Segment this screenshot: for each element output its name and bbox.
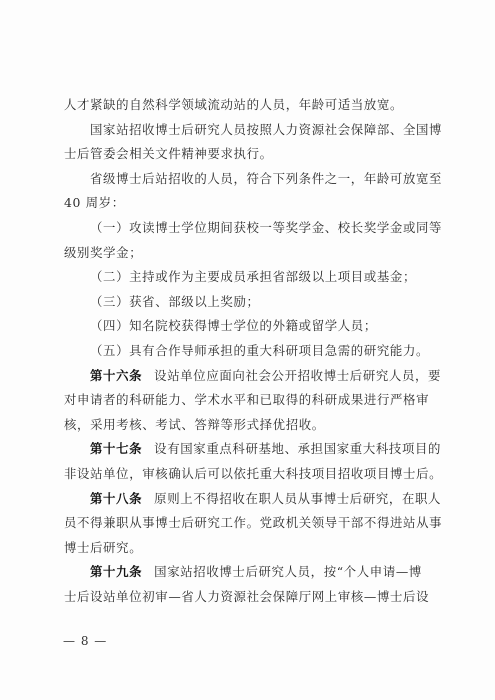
text-line: 非设站单位，审核确认后可以依托重大科技项目招收项目博士后。 — [64, 462, 432, 487]
article-text: 设站单位应面向社会公开招收博士后研究人员，要 — [154, 368, 441, 383]
list-item-1: （一）攻读博士学位期间获校一等奖学金、校长奖学金或同等 — [64, 216, 432, 241]
list-item-2: （二）主持或作为主要成员承担省部级以上项目或基金； — [64, 265, 432, 290]
article-text: 原则上不得招收在职人员从事博士后研究，在职人 — [154, 491, 441, 506]
article-heading: 第十六条 — [90, 368, 142, 383]
article-text: 设有国家重点科研基地、承担国家重大科技项目的 — [154, 441, 441, 456]
article-heading: 第十七条 — [90, 441, 142, 456]
list-item-4: （四）知名院校获得博士学位的外籍或留学人员； — [64, 314, 432, 339]
text-line: 博士后研究。 — [64, 536, 432, 561]
article-19: 第十九条国家站招收博士后研究人员，按“个人申请—博 — [64, 560, 432, 585]
page-number: — 8 — — [63, 634, 107, 648]
text-line: 对申请者的科研能力、学术水平和已取得的科研成果进行严格审 — [64, 388, 432, 413]
article-17: 第十七条设有国家重点科研基地、承担国家重大科技项目的 — [64, 437, 432, 462]
text-line: 核，采用考核、考试、答辩等形式择优招收。 — [64, 413, 432, 438]
text-line: 士后设站单位初审—省人力资源社会保障厅网上审核—博士后设 — [64, 585, 432, 610]
text-line: 员不得兼职从事博士后研究工作。党政机关领导干部不得进站从事 — [64, 511, 432, 536]
list-item-3: （三）获省、部级以上奖励； — [64, 290, 432, 315]
article-heading: 第十九条 — [90, 564, 142, 579]
text-line: 士后管委会相关文件精神要求执行。 — [64, 142, 432, 167]
article-18: 第十八条原则上不得招收在职人员从事博士后研究，在职人 — [64, 487, 432, 512]
list-item-5: （五）具有合作导师承担的重大科研项目急需的研究能力。 — [64, 339, 432, 364]
document-page: 人才紧缺的自然科学领域流动站的人员，年龄可适当放宽。 国家站招收博士后研究人员按… — [0, 0, 495, 700]
text-line: 国家站招收博士后研究人员按照人力资源社会保障部、全国博 — [64, 118, 432, 143]
article-text: 国家站招收博士后研究人员，按“个人申请—博 — [154, 564, 422, 579]
text-line: 人才紧缺的自然科学领域流动站的人员，年龄可适当放宽。 — [64, 93, 432, 118]
document-body: 人才紧缺的自然科学领域流动站的人员，年龄可适当放宽。 国家站招收博士后研究人员按… — [64, 93, 432, 609]
article-16: 第十六条设站单位应面向社会公开招收博士后研究人员，要 — [64, 364, 432, 389]
text-line: 省级博士后站招收的人员，符合下列条件之一，年龄可放宽至 — [64, 167, 432, 192]
text-line: 40 周岁： — [64, 191, 432, 216]
text-line: 级别奖学金； — [64, 241, 432, 266]
article-heading: 第十八条 — [90, 491, 142, 506]
